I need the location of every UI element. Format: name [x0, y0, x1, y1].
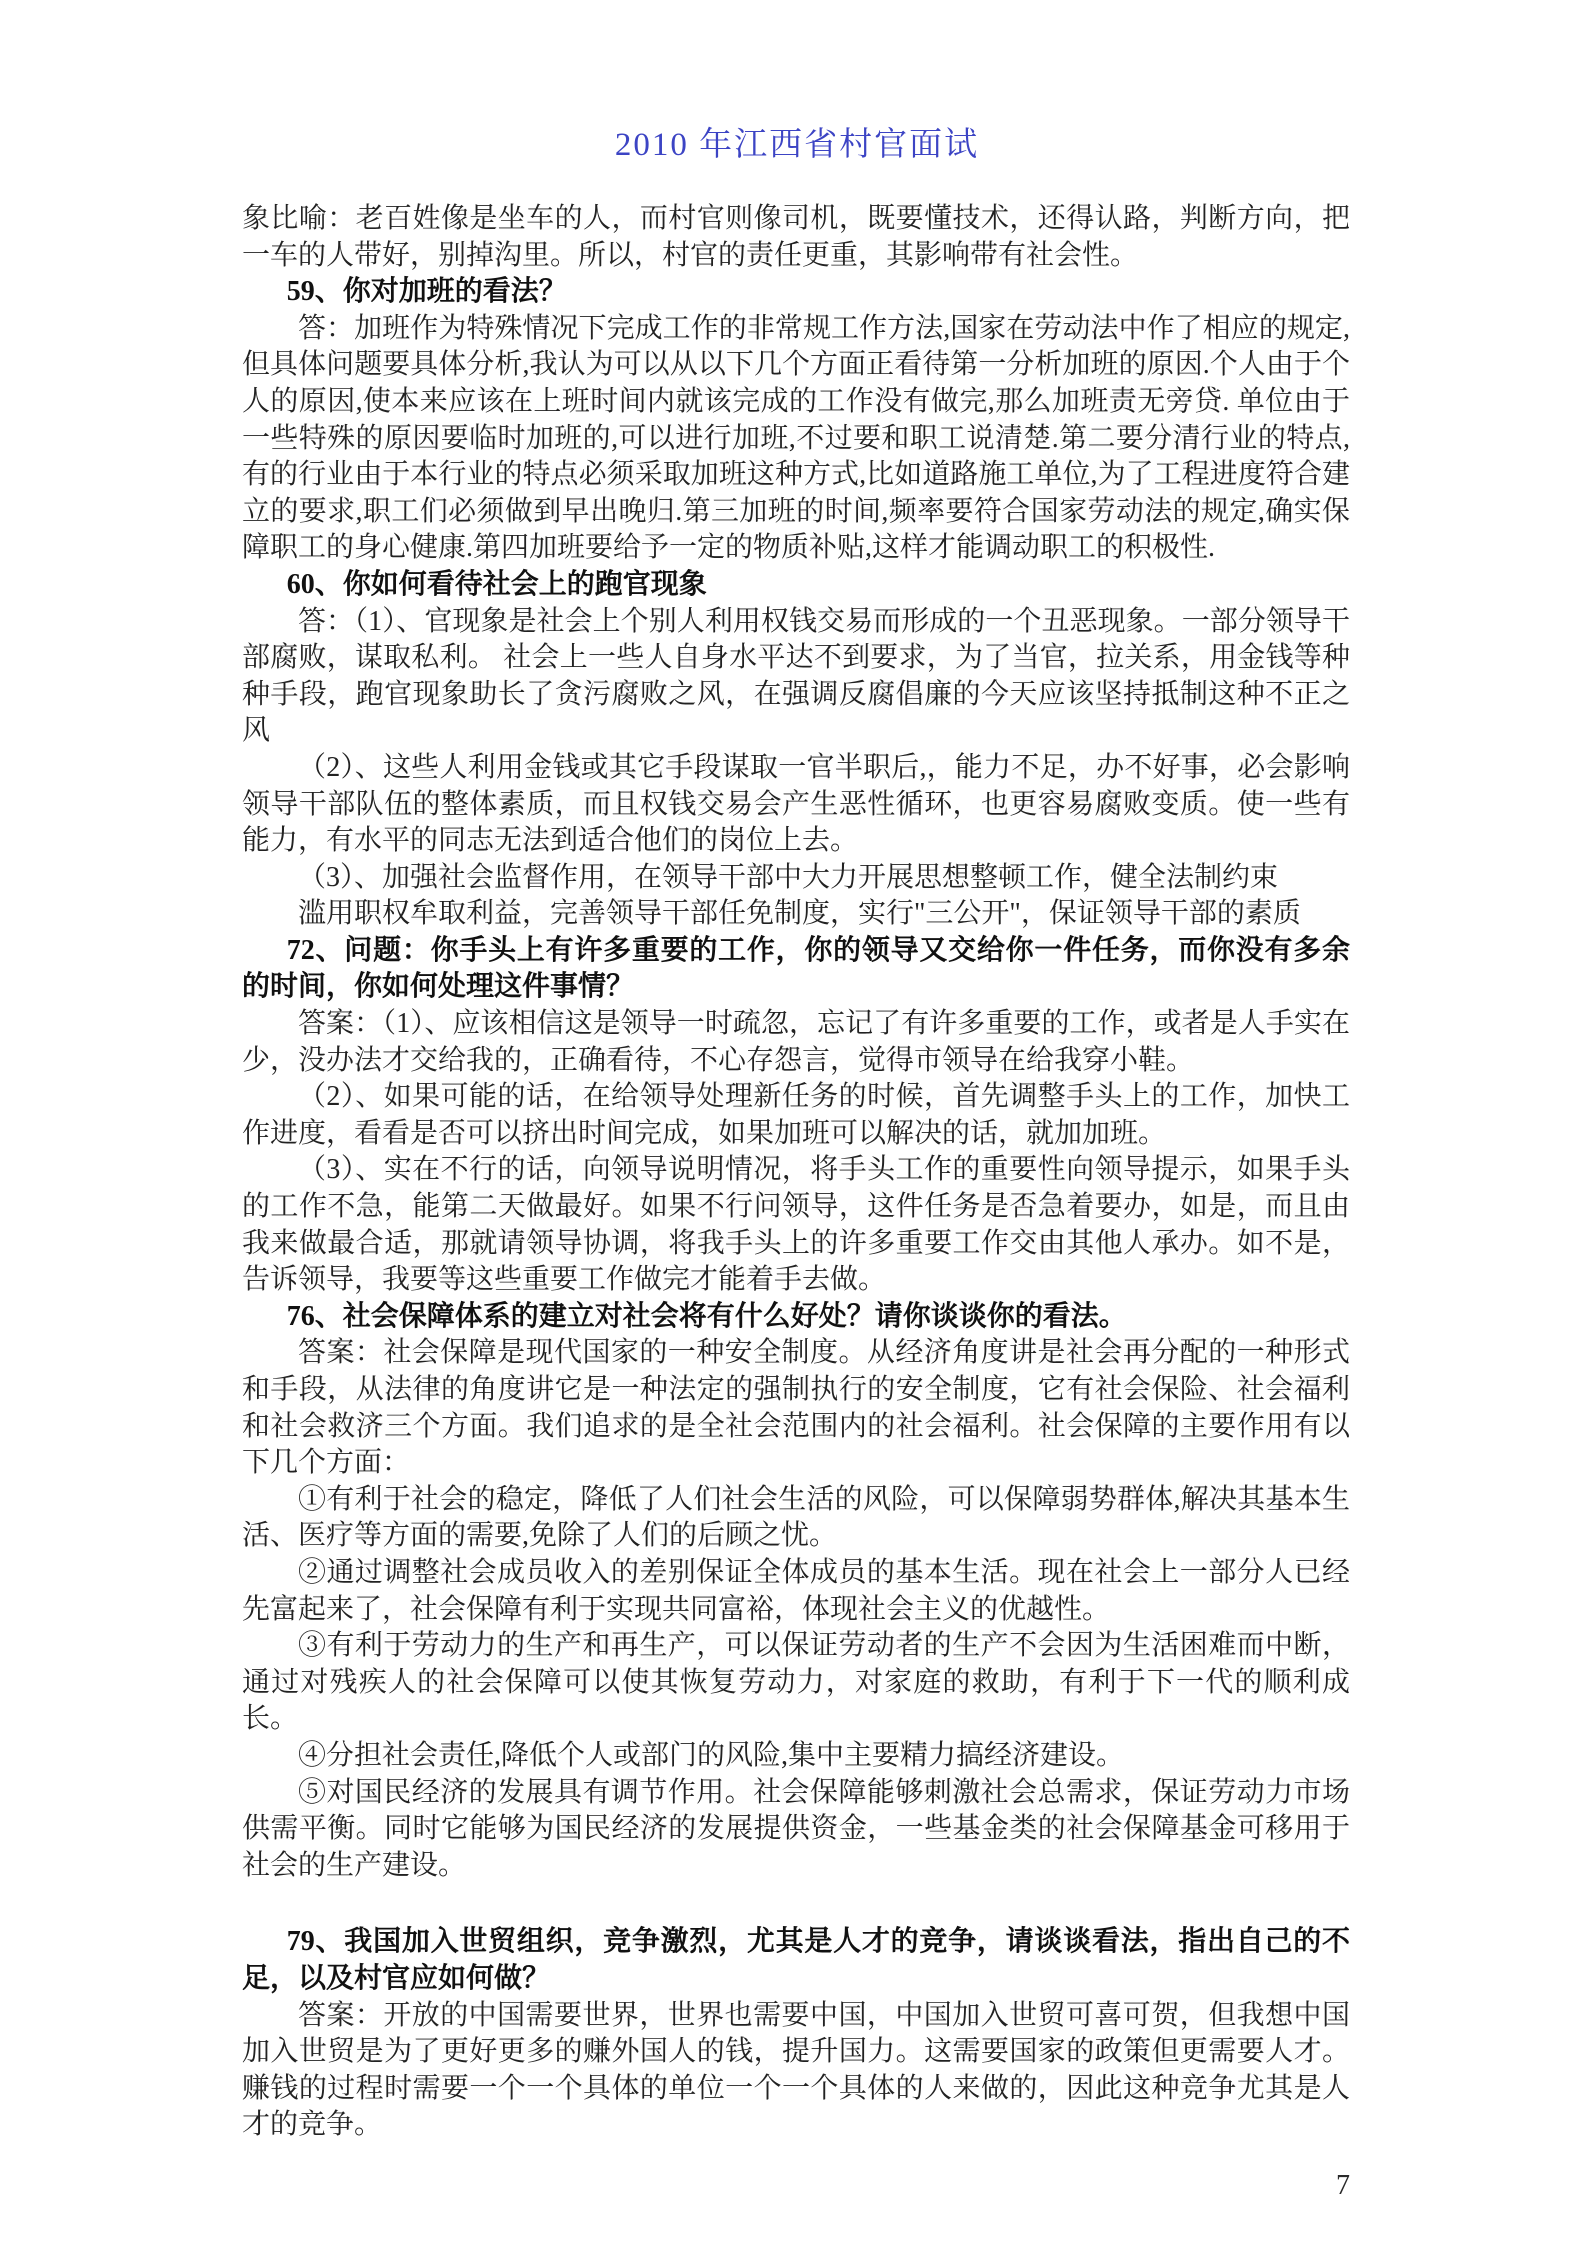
answer-79: 答案：开放的中国需要世界，世界也需要中国，中国加入世贸可喜可贺，但我想中国加入世… — [242, 1998, 1350, 2144]
answer-60-point-2: （2）、这些人利用金钱或其它手段谋取一官半职后,，能力不足，办不好事，必会影响领… — [242, 750, 1350, 860]
answer-76-point-2: ②通过调整社会成员收入的差别保证全体成员的基本生活。现在社会上一部分人已经先富起… — [242, 1555, 1350, 1628]
document-body: 象比喻：老百姓像是坐车的人，而村官则像司机，既要懂技术，还得认路，判断方向，把一… — [242, 201, 1350, 2144]
question-59-heading: 59、你对加班的看法？ — [242, 274, 1350, 311]
answer-60-point-1: 答：（1）、官现象是社会上个别人利用权钱交易而形成的一个丑恶现象。一部分领导干部… — [242, 604, 1350, 750]
answer-76-point-5: ⑤对国民经济的发展具有调节作用。社会保障能够刺激社会总需求，保证劳动力市场供需平… — [242, 1775, 1350, 1885]
document-title: 2010 年江西省村官面试 — [0, 0, 1594, 165]
answer-60-point-3: （3）、加强社会监督作用，在领导干部中大力开展思想整顿工作，健全法制约束 — [242, 860, 1350, 897]
answer-76-point-1: ①有利于社会的稳定，降低了人们社会生活的风险，可以保障弱势群体,解决其基本生活、… — [242, 1482, 1350, 1555]
para-village-official-metaphor: 象比喻：老百姓像是坐车的人，而村官则像司机，既要懂技术，还得认路，判断方向，把一… — [242, 201, 1350, 274]
answer-72-point-1: 答案：（1）、应该相信这是领导一时疏忽，忘记了有许多重要的工作，或者是人手实在少… — [242, 1006, 1350, 1079]
answer-72-point-3: （3）、实在不行的话，向领导说明情况，将手头工作的重要性向领导提示，如果手头的工… — [242, 1152, 1350, 1298]
document-page: 2010 年江西省村官面试 象比喻：老百姓像是坐车的人，而村官则像司机，既要懂技… — [0, 0, 1594, 2252]
answer-76-point-3: ③有利于劳动力的生产和再生产，可以保证劳动者的生产不会因为生活困难而中断，通过对… — [242, 1628, 1350, 1738]
question-79-heading: 79、我国加入世贸组织，竞争激烈，尤其是人才的竞争，请谈谈看法，指出自己的不足，… — [242, 1924, 1350, 1997]
question-60-heading: 60、你如何看待社会上的跑官现象 — [242, 567, 1350, 604]
question-76-heading: 76、社会保障体系的建立对社会将有什么好处？请你谈谈你的看法。 — [242, 1299, 1350, 1336]
answer-59: 答：加班作为特殊情况下完成工作的非常规工作方法,国家在劳动法中作了相应的规定,但… — [242, 311, 1350, 567]
answer-76-point-4: ④分担社会责任,降低个人或部门的风险,集中主要精力搞经济建设。 — [242, 1738, 1350, 1775]
page-number: 7 — [242, 2170, 1350, 2202]
answer-76-intro: 答案：社会保障是现代国家的一种安全制度。从经济角度讲是社会再分配的一种形式和手段… — [242, 1335, 1350, 1481]
question-72-heading: 72、问题：你手头上有许多重要的工作，你的领导又交给你一件任务，而你没有多余的时… — [242, 933, 1350, 1006]
answer-60-point-3-continued: 滥用职权牟取利益，完善领导干部任免制度，实行"三公开"，保证领导干部的素质 — [242, 896, 1350, 933]
answer-72-point-2: （2）、如果可能的话，在给领导处理新任务的时候，首先调整手头上的工作，加快工作进… — [242, 1079, 1350, 1152]
